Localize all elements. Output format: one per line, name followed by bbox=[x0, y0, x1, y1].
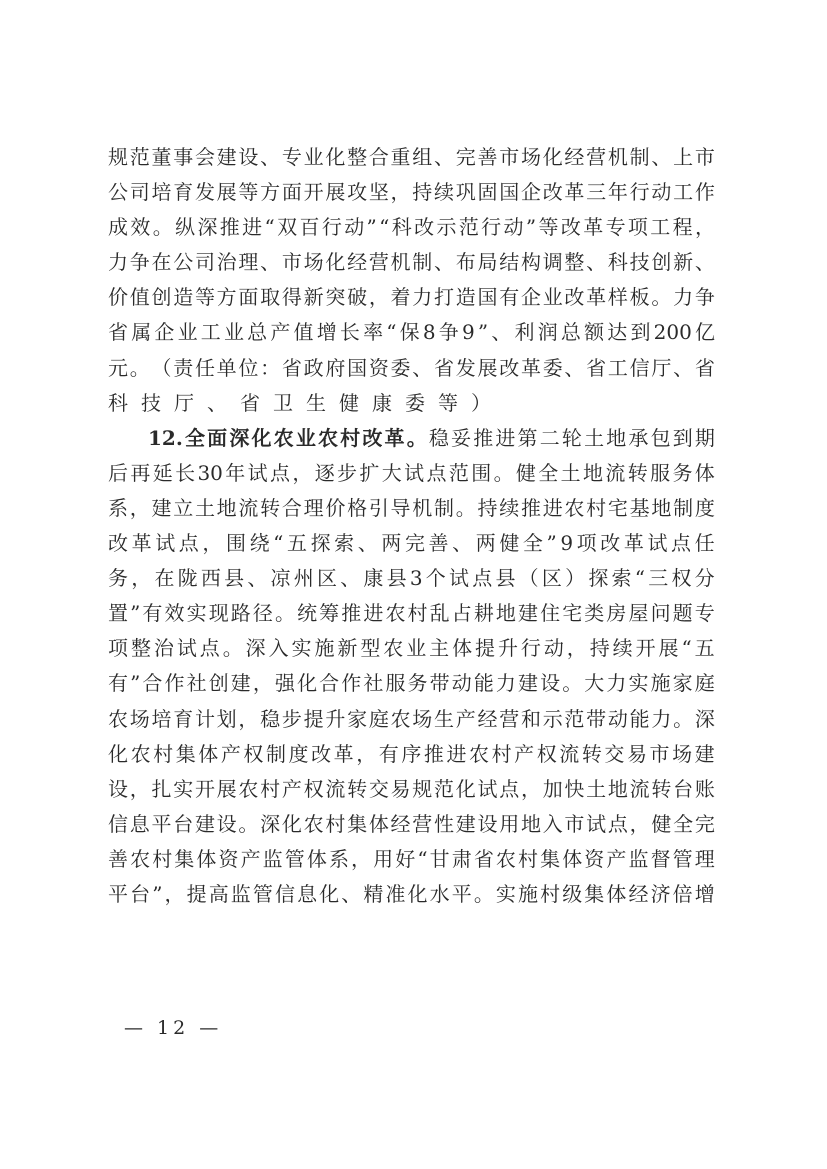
text-line: 平台”，提高监管信息化、精准化水平。实施村级集体经济倍增 bbox=[108, 877, 715, 912]
text-line: 务，在陇西县、凉州区、康县3个试点县（区）探索“三权分 bbox=[108, 561, 715, 596]
section-heading-char: 业 bbox=[296, 421, 316, 456]
document-page: 规范董事会建设、专业化整合重组、完善市场化经营机制、上市 公司培育发展等方面开展… bbox=[0, 0, 827, 1169]
section-heading-char: 改 bbox=[362, 421, 382, 456]
text-line: 成效。纵深推进“双百行动”“科改示范行动”等改革专项工程， bbox=[108, 210, 715, 245]
text-line: 力争在公司治理、市场化经营机制、布局结构调整、科技创新、 bbox=[108, 245, 715, 280]
section-first-line-char: 期 bbox=[695, 421, 715, 456]
body-text: 规范董事会建设、专业化整合重组、完善市场化经营机制、上市 公司培育发展等方面开展… bbox=[108, 140, 728, 912]
text-line: 元。（责任单位：省政府国资委、省发展改革委、省工信厅、省 bbox=[108, 351, 715, 386]
section-first-line-char: 承 bbox=[628, 421, 648, 456]
section-heading-char: 化 bbox=[251, 421, 271, 456]
text-line-last: 科技厅、省卫生健康委等） bbox=[108, 386, 728, 421]
section-first-line-char: 推 bbox=[473, 421, 493, 456]
section-heading-char: 村 bbox=[340, 421, 360, 456]
text-line: 化农村集体产权制度改革，有序推进农村产权流转交易市场建 bbox=[108, 737, 715, 772]
section-number: 12. bbox=[148, 421, 183, 456]
section-first-line-char: 第 bbox=[518, 421, 538, 456]
text-line: 后再延长30年试点，逐步扩大试点范围。健全土地流转服务体 bbox=[108, 456, 715, 491]
section-first-line-char: 二 bbox=[540, 421, 560, 456]
text-line: 省属企业工业总产值增长率“保8争9”、利润总额达到200亿 bbox=[108, 315, 715, 350]
section-first-line-char: 到 bbox=[673, 421, 693, 456]
text-line: 有”合作社创建，强化合作社服务带动能力建设。大力实施家庭 bbox=[108, 666, 715, 701]
section-heading-char: 革 bbox=[385, 421, 405, 456]
section-first-line-char: 轮 bbox=[562, 421, 582, 456]
section-heading-char: 。 bbox=[407, 421, 427, 456]
section-heading-char: 农 bbox=[318, 421, 338, 456]
text-line: 设，扎实开展农村产权流转交易规范化试点，加快土地流转台账 bbox=[108, 772, 715, 807]
text-line: 公司培育发展等方面开展攻坚，持续巩固国企改革三年行动工作 bbox=[108, 175, 715, 210]
section-heading-char: 全 bbox=[185, 421, 205, 456]
section-heading-char: 面 bbox=[207, 421, 227, 456]
text-line: 信息平台建设。深化农村集体经营性建设用地入市试点，健全完 bbox=[108, 807, 715, 842]
text-line: 善农村集体资产监管体系，用好“甘肃省农村集体资产监督管理 bbox=[108, 842, 715, 877]
section-first-line-char: 稳 bbox=[429, 421, 449, 456]
text-line: 规范董事会建设、专业化整合重组、完善市场化经营机制、上市 bbox=[108, 140, 715, 175]
section-first-line-char: 土 bbox=[584, 421, 604, 456]
page-number: — 12 — bbox=[124, 1017, 222, 1039]
section-heading-char: 深 bbox=[229, 421, 249, 456]
section-heading-line: 12. 全面深化农业农村改革。 稳妥推进第二轮土地承包到期 bbox=[108, 421, 715, 456]
section-first-line-char: 包 bbox=[651, 421, 671, 456]
section-heading-char: 农 bbox=[274, 421, 294, 456]
text-line: 改革试点，围绕“五探索、两完善、两健全”9项改革试点任 bbox=[108, 526, 715, 561]
text-line: 系，建立土地流转合理价格引导机制。持续推进农村宅基地制度 bbox=[108, 491, 715, 526]
text-line: 农场培育计划，稳步提升家庭农场生产经营和示范带动能力。深 bbox=[108, 702, 715, 737]
section-first-line-char: 妥 bbox=[451, 421, 471, 456]
text-line: 项整治试点。深入实施新型农业主体提升行动，持续开展“五 bbox=[108, 631, 715, 666]
section-first-line-char: 地 bbox=[606, 421, 626, 456]
section-first-line-char: 进 bbox=[495, 421, 515, 456]
text-line: 置”有效实现路径。统筹推进农村乱占耕地建住宅类房屋问题专 bbox=[108, 596, 715, 631]
text-line: 价值创造等方面取得新突破，着力打造国有企业改革样板。力争 bbox=[108, 280, 715, 315]
